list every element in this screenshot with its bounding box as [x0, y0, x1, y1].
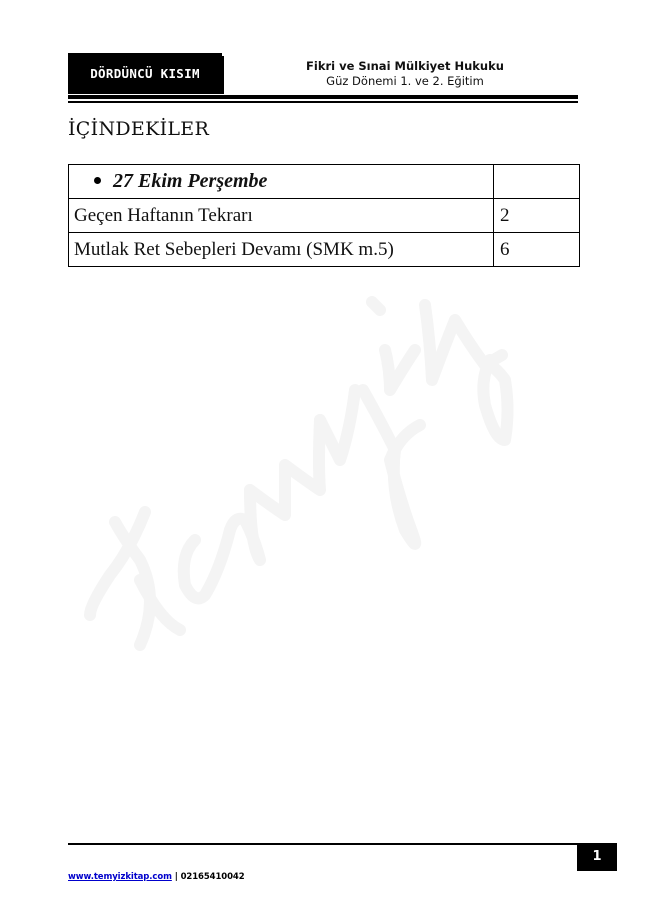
toc-entry-title[interactable]: Geçen Haftanın Tekrarı	[69, 199, 494, 233]
toc-row[interactable]: Geçen Haftanın Tekrarı 2	[69, 199, 580, 233]
website-link[interactable]: www.temyizkitap.com	[68, 872, 172, 882]
toc-entry-page: 6	[494, 233, 580, 267]
page-number: 1	[577, 843, 617, 871]
header-box-edge	[222, 56, 224, 94]
section-label: DÖRDÜNCÜ KISIM	[90, 66, 200, 81]
toc-heading: İÇİNDEKİLER	[68, 118, 209, 140]
header-rule-thick	[68, 95, 578, 99]
toc-section-row: 27 Ekim Perşembe	[69, 165, 580, 199]
footer-separator: |	[175, 872, 178, 882]
toc-table: 27 Ekim Perşembe Geçen Haftanın Tekrarı …	[68, 164, 580, 267]
header-rule-thin	[68, 101, 578, 103]
course-subtitle: Güz Dönemi 1. ve 2. Eğitim	[270, 74, 540, 88]
toc-entry-title[interactable]: Mutlak Ret Sebepleri Devamı (SMK m.5)	[69, 233, 494, 267]
section-label-box: DÖRDÜNCÜ KISIM	[68, 53, 222, 94]
bullet-icon	[94, 177, 101, 184]
toc-section-date: 27 Ekim Perşembe	[113, 170, 267, 192]
footer-contact: www.temyizkitap.com | 02165410042	[68, 872, 245, 882]
course-title: Fikri ve Sınai Mülkiyet Hukuku	[270, 59, 540, 73]
watermark-signature	[80, 290, 530, 660]
toc-row[interactable]: Mutlak Ret Sebepleri Devamı (SMK m.5) 6	[69, 233, 580, 267]
footer-rule	[68, 843, 578, 845]
footer-phone: 02165410042	[181, 872, 245, 882]
toc-section-page	[494, 165, 580, 199]
toc-entry-page: 2	[494, 199, 580, 233]
